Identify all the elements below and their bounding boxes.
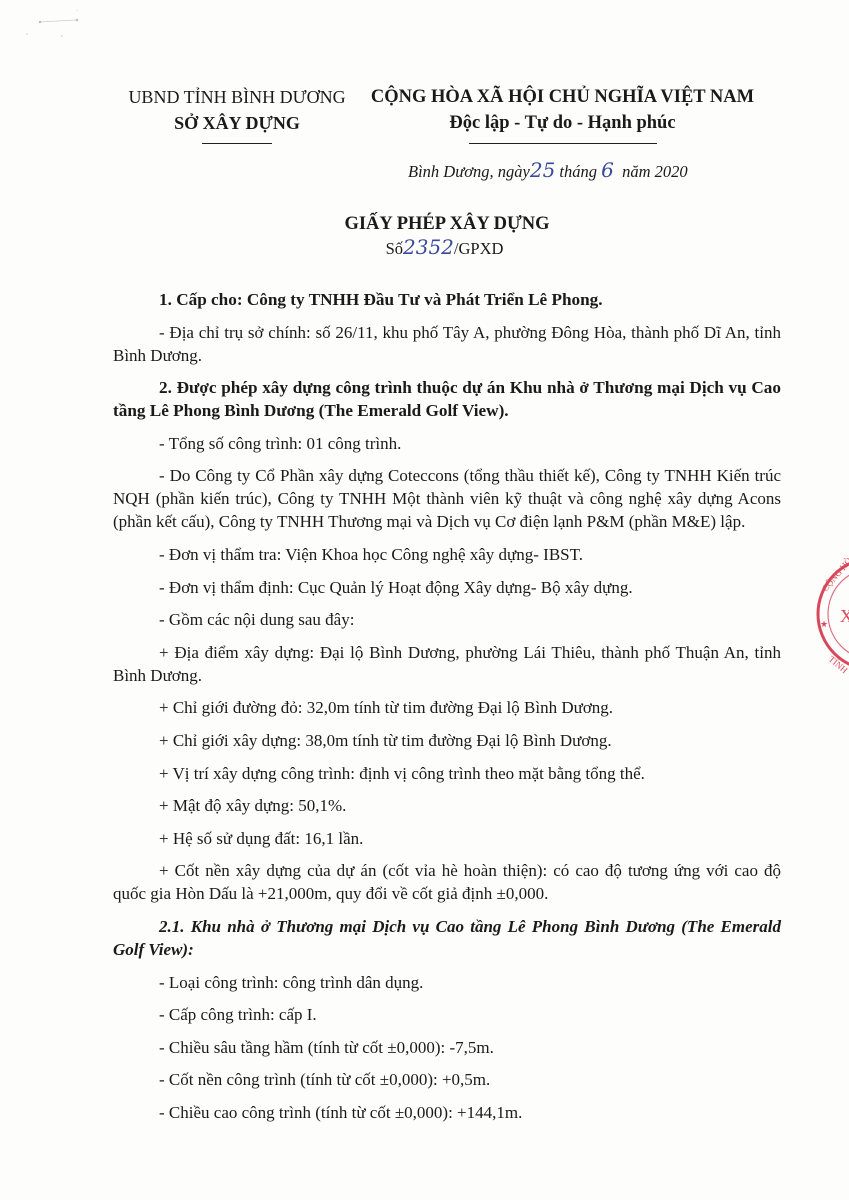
paragraph: + Địa điểm xây dựng: Đại lộ Bình Dương, … <box>113 641 781 687</box>
paragraph: + Cốt nền xây dựng của dự án (cốt vỉa hè… <box>113 859 781 905</box>
agency-name: SỞ XÂY DỰNG <box>122 110 352 136</box>
date-year: năm 2020 <box>622 162 688 181</box>
svg-text:TỈNH: TỈNH <box>827 654 849 676</box>
paragraph: - Đơn vị thẩm tra: Viện Khoa học Công ng… <box>113 543 781 566</box>
number-value: 2352 <box>403 235 454 259</box>
paragraph: + Chỉ giới đường đỏ: 32,0m tính từ tim đ… <box>113 696 781 719</box>
title-block: GIẤY PHÉP XÂY DỰNG Số2352/GPXD <box>0 212 849 260</box>
dateline: Bình Dương, ngày25 tháng 6 năm 2020 <box>408 158 688 182</box>
document-number: Số2352/GPXD <box>40 236 849 260</box>
red-seal-stamp: CỘNG HÒA ★ X TỈNH <box>812 552 849 682</box>
paragraph: - Chiều sâu tầng hầm (tính từ cốt ±0,000… <box>113 1036 781 1059</box>
paragraph: - Loại công trình: công trình dân dụng. <box>113 971 781 994</box>
document-title: GIẤY PHÉP XÂY DỰNG <box>45 212 849 236</box>
svg-text:CỘNG HÒA: CỘNG HÒA <box>820 552 849 593</box>
paragraph: - Tổng số công trình: 01 công trình. <box>113 432 781 455</box>
scan-artifact <box>20 10 90 40</box>
number-suffix: /GPXD <box>454 239 504 258</box>
paragraph: - Do Công ty Cổ Phần xây dựng Coteccons … <box>113 464 781 533</box>
paragraph: - Cấp công trình: cấp I. <box>113 1003 781 1026</box>
paragraph: - Địa chỉ trụ sở chính: số 26/11, khu ph… <box>113 321 781 367</box>
issuing-agency: UBND TỈNH BÌNH DƯƠNG SỞ XÂY DỰNG <box>122 84 352 144</box>
document-page: UBND TỈNH BÌNH DƯƠNG SỞ XÂY DỰNG CỘNG HÒ… <box>0 0 849 1200</box>
date-month: 6 <box>601 158 614 182</box>
paragraph: + Chỉ giới xây dựng: 38,0m tính từ tim đ… <box>113 729 781 752</box>
nation-name: CỘNG HÒA XÃ HỘI CHỦ NGHĨA VIỆT NAM <box>360 84 765 110</box>
date-month-label: tháng <box>559 162 597 181</box>
date-prefix: Bình Dương, ngày <box>408 162 530 181</box>
svg-text:X: X <box>840 606 849 626</box>
paragraph: - Chiều cao công trình (tính từ cốt ±0,0… <box>113 1101 781 1124</box>
agency-parent: UBND TỈNH BÌNH DƯƠNG <box>122 84 352 110</box>
section-heading: 1. Cấp cho: Công ty TNHH Đầu Tư và Phát … <box>113 288 781 311</box>
document-body: 1. Cấp cho: Công ty TNHH Đầu Tư và Phát … <box>113 288 781 1133</box>
paragraph: - Đơn vị thẩm định: Cục Quản lý Hoạt độn… <box>113 576 781 599</box>
date-day: 25 <box>530 158 555 182</box>
motto-underline <box>469 143 657 144</box>
paragraph: + Vị trí xây dựng công trình: định vị cô… <box>113 762 781 785</box>
paragraph: - Gồm các nội dung sau đây: <box>113 608 781 631</box>
agency-underline <box>202 143 272 144</box>
paragraph: - Cốt nền công trình (tính từ cốt ±0,000… <box>113 1068 781 1091</box>
paragraph: + Mật độ xây dựng: 50,1%. <box>113 794 781 817</box>
paragraph: + Hệ số sử dụng đất: 16,1 lần. <box>113 827 781 850</box>
number-prefix: Số <box>386 239 403 258</box>
section-heading: 2.1. Khu nhà ở Thương mại Dịch vụ Cao tầ… <box>113 915 781 961</box>
section-heading: 2. Được phép xây dựng công trình thuộc d… <box>113 376 781 422</box>
svg-text:★: ★ <box>820 619 828 629</box>
national-motto: CỘNG HÒA XÃ HỘI CHỦ NGHĨA VIỆT NAM Độc l… <box>360 84 765 144</box>
nation-motto: Độc lập - Tự do - Hạnh phúc <box>360 110 765 136</box>
